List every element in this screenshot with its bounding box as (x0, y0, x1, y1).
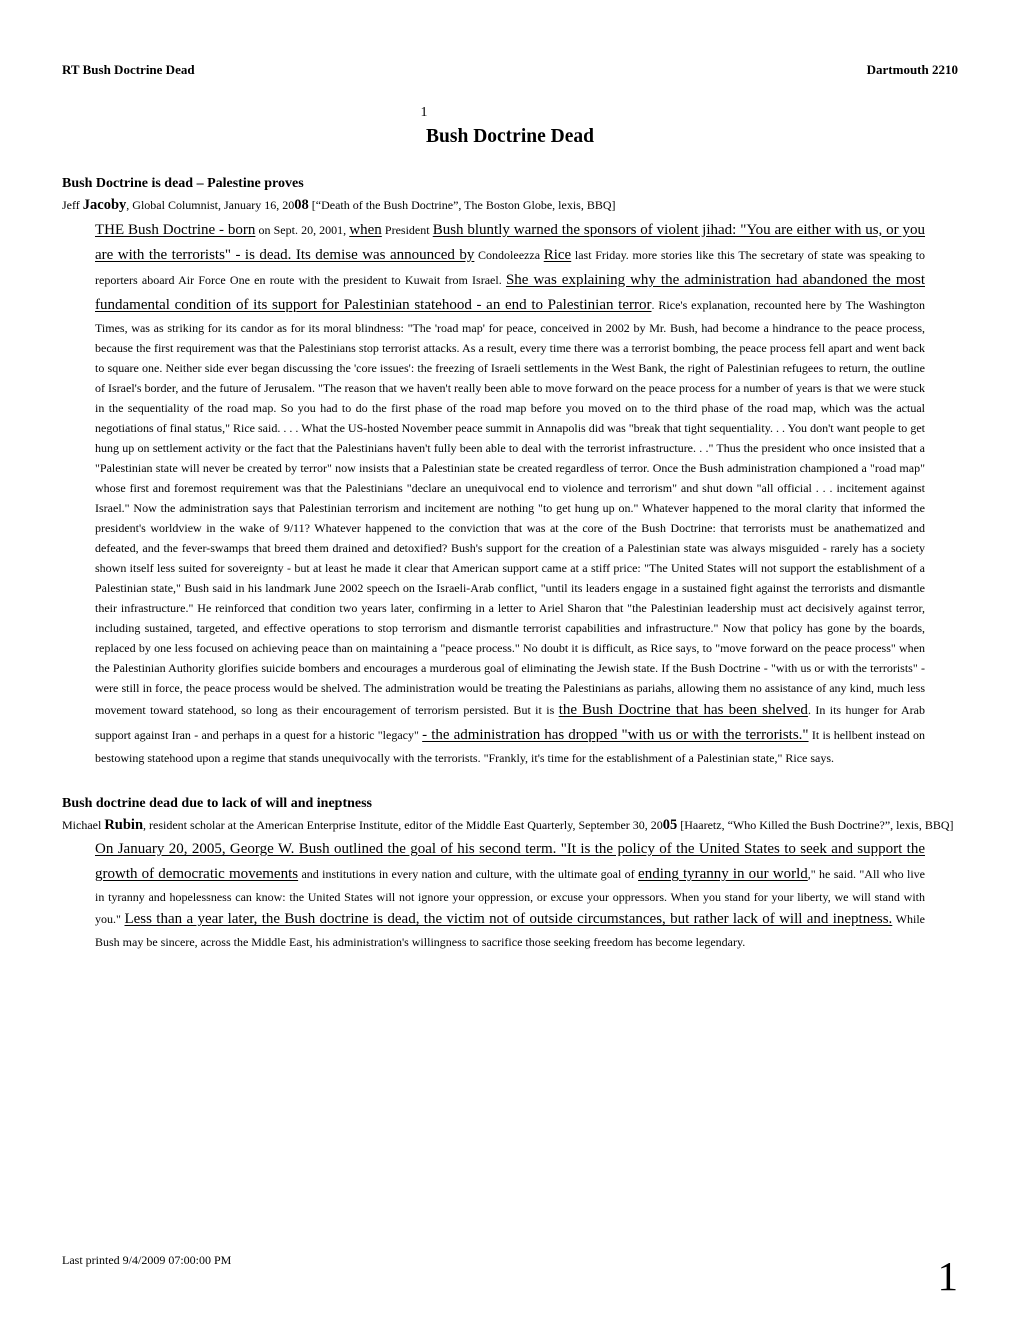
text-run: [“Death of the Bush Doctrine”, The Bosto… (309, 198, 616, 212)
document-page: RT Bush Doctrine Dead Dartmouth 2210 1 B… (0, 0, 1020, 1320)
text-run: - the administration has dropped "with u… (422, 727, 808, 743)
text-run: Less than a year later, the Bush doctrin… (124, 911, 892, 927)
text-run: , Global Columnist, January 16, 20 (126, 198, 294, 212)
header-right-text: Dartmouth 2210 (867, 62, 958, 77)
card-citation: Jeff Jacoby, Global Columnist, January 1… (62, 195, 958, 216)
text-run: Jeff (62, 198, 83, 212)
card-tagline: Bush doctrine dead due to lack of will a… (62, 794, 958, 813)
evidence-card-1: Bush Doctrine is dead – Palestine proves… (62, 174, 958, 768)
text-run: , resident scholar at the American Enter… (143, 818, 663, 832)
card-citation: Michael Rubin, resident scholar at the A… (62, 815, 958, 836)
top-page-number: 1 (0, 104, 872, 121)
text-run: 05 (663, 817, 678, 833)
card-body-text: On January 20, 2005, George W. Bush outl… (95, 837, 925, 952)
text-run: Michael (62, 818, 104, 832)
card-tagline: Bush Doctrine is dead – Palestine proves (62, 174, 958, 193)
page-title: Bush Doctrine Dead (62, 124, 958, 150)
header-left-text: RT Bush Doctrine Dead (62, 62, 195, 77)
text-run: 08 (294, 197, 309, 213)
text-run: Rice (544, 247, 572, 263)
text-run: on Sept. 20, 2001, (255, 223, 349, 237)
text-run: and institutions in every nation and cul… (298, 867, 638, 881)
footer-page-number: 1 (938, 1254, 959, 1298)
text-run: President (382, 223, 433, 237)
text-run: THE Bush Doctrine - born (95, 222, 255, 238)
footer-timestamp: Last printed 9/4/2009 07:00:00 PM (62, 1253, 231, 1268)
text-run: Condoleezza (474, 248, 543, 262)
text-run: when (349, 222, 382, 238)
text-run: Jacoby (83, 197, 127, 213)
text-run: [Haaretz, “Who Killed the Bush Doctrine?… (677, 818, 953, 832)
text-run: the Bush Doctrine that has been shelved (559, 702, 808, 718)
document-header: RT Bush Doctrine Dead Dartmouth 2210 (62, 62, 958, 77)
text-run: ending tyranny in our world (638, 866, 808, 882)
text-run: Rubin (104, 817, 143, 833)
card-body-text: THE Bush Doctrine - born on Sept. 20, 20… (95, 218, 925, 768)
evidence-card-2: Bush doctrine dead due to lack of will a… (62, 794, 958, 953)
text-run: . Rice's explanation, recounted here by … (95, 298, 925, 717)
